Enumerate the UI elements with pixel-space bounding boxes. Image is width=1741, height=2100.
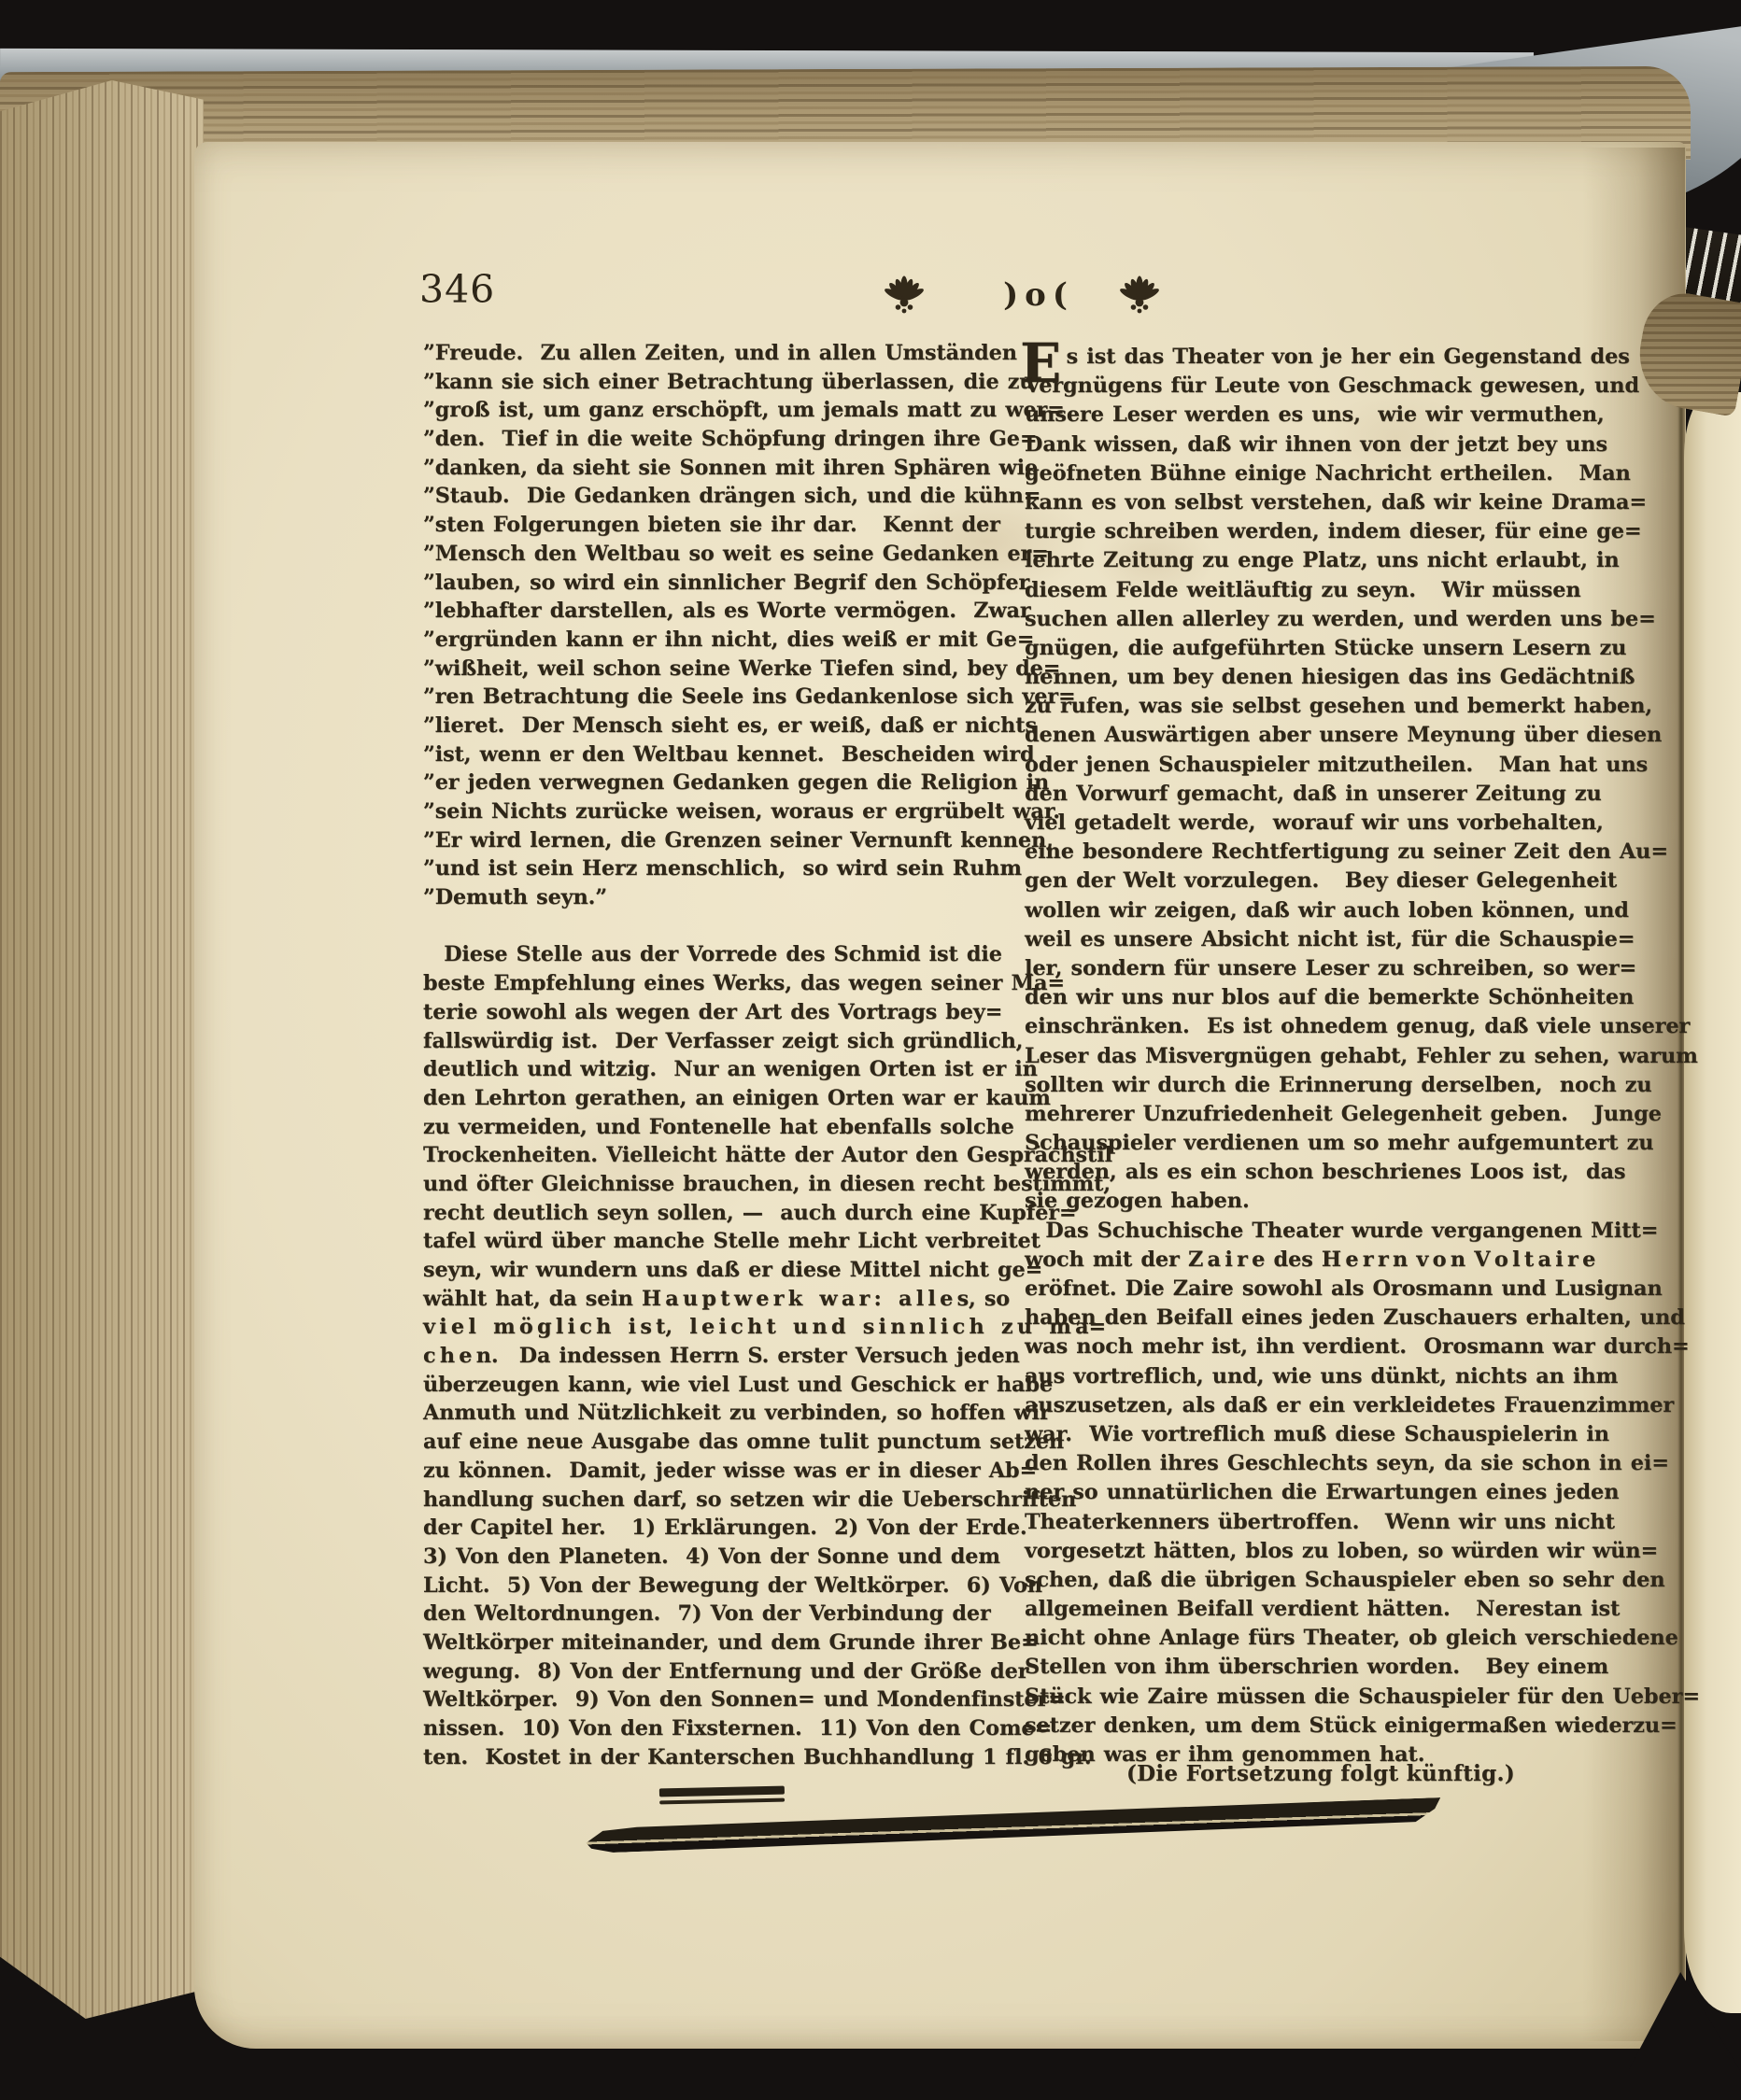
text-line: den Weltordnungen. 7) Von der Verbindung… [423, 1600, 1000, 1628]
text-line: wählt hat, da sein H a u p t w e r k w a… [423, 1285, 1000, 1314]
text-line: mehrerer Unzufriedenheit Gelegenheit geb… [1025, 1100, 1615, 1129]
text-line: allgemeinen Beifall verdient hätten. Ner… [1025, 1595, 1615, 1624]
text-line: sie gezogen haben. [1025, 1187, 1615, 1216]
text-line: Trockenheiten. Vielleicht hätte der Auto… [423, 1141, 1000, 1170]
text-line: Stellen von ihm überschrien worden. Bey … [1025, 1653, 1615, 1682]
text-line: Theaterkenners übertroffen. Wenn wir uns… [1025, 1508, 1615, 1537]
text-line: ner so unnatürlichen die Erwartungen ein… [1025, 1478, 1615, 1507]
text-line: ten. Kostet in der Kanterschen Buchhandl… [423, 1743, 1000, 1772]
text-line: ”ergründen kann er ihn nicht, dies weiß … [423, 626, 1000, 655]
text-line: unsere Leser werden es uns, wie wir verm… [1025, 401, 1615, 430]
text-line: tafel würd über manche Stelle mehr Licht… [423, 1227, 1000, 1256]
floral-ornament-icon [882, 275, 927, 319]
text-line: turgie schreiben werden, indem dieser, f… [1025, 517, 1615, 546]
text-line: Licht. 5) Von der Bewegung der Weltkörpe… [423, 1571, 1000, 1600]
text-line: Das Schuchische Theater wurde vergangene… [1025, 1217, 1615, 1246]
text-line [423, 912, 1000, 941]
text-line: gnügen, die aufgeführten Stücke unsern L… [1025, 634, 1615, 663]
text-line: recht deutlich seyn sollen, — auch durch… [423, 1199, 1000, 1228]
text-line: eine besondere Rechtfertigung zu seiner … [1025, 838, 1615, 867]
text-line: werden, als es ein schon beschrienes Loo… [1025, 1158, 1615, 1187]
text-line: kann es von selbst verstehen, daß wir ke… [1025, 488, 1615, 517]
header-center-mark: )o( [983, 278, 1095, 313]
text-line: setzer denken, um dem Stück einigermaßen… [1025, 1712, 1615, 1741]
text-line: den Vorwurf gemacht, daß in unserer Zeit… [1025, 780, 1615, 809]
text-line: weil es unsere Absicht nicht ist, für di… [1025, 925, 1615, 954]
text-line: Diese Stelle aus der Vorrede des Schmid … [423, 940, 1000, 969]
text-line: Vergnügens für Leute von Geschmack gewes… [1025, 372, 1615, 401]
text-line: oder jenen Schauspieler mitzutheilen. Ma… [1025, 751, 1615, 780]
text-line: den Rollen ihres Geschlechts seyn, da si… [1025, 1449, 1615, 1478]
text-line: haben den Beifall eines jeden Zuschauers… [1025, 1304, 1615, 1332]
text-line: was noch mehr ist, ihn verdient. Orosman… [1025, 1332, 1615, 1361]
text-line: ”Staub. Die Gedanken drängen sich, und d… [423, 482, 1000, 511]
text-line: Anmuth und Nützlichkeit zu verbinden, so… [423, 1399, 1000, 1428]
text-line: v i e l m ö g l i c h i s t, l e i c h t… [423, 1313, 1000, 1342]
right-text-column: s ist das Theater von je her ein Gegenst… [1025, 343, 1615, 1769]
text-line: handlung suchen darf, so setzen wir die … [423, 1486, 1000, 1515]
text-line: nennen, um bey denen hiesigen das ins Ge… [1025, 663, 1615, 692]
text-line: nissen. 10) Von den Fixsternen. 11) Von … [423, 1714, 1000, 1743]
text-line: sollten wir durch die Erinnerung derselb… [1025, 1071, 1615, 1100]
text-line: diesem Felde weitläuftig zu seyn. Wir mü… [1025, 576, 1615, 605]
text-line: wollen wir zeigen, daß wir auch loben kö… [1025, 896, 1615, 925]
text-line: ”lebhafter darstellen, als es Worte verm… [423, 597, 1000, 626]
text-line: deutlich und witzig. Nur an wenigen Orte… [423, 1055, 1000, 1084]
text-line: ”ist, wenn er den Weltbau kennet. Besche… [423, 740, 1000, 769]
text-line: auszusetzen, als daß er ein verkleidetes… [1025, 1391, 1615, 1420]
facing-page-sliver [1684, 392, 1741, 2013]
text-line: Leser das Misvergnügen gehabt, Fehler zu… [1025, 1042, 1615, 1071]
page-edges-left-stack [0, 80, 204, 2019]
text-line: viel getadelt werde, worauf wir uns vorb… [1025, 809, 1615, 838]
text-line: Stück wie Zaire müssen die Schauspieler … [1025, 1683, 1615, 1712]
floral-ornament-icon [1117, 275, 1162, 319]
left-text-column: ”Freude. Zu allen Zeiten, und in allen U… [423, 339, 1000, 1771]
text-line: der Capitel her. 1) Erklärungen. 2) Von … [423, 1514, 1000, 1543]
text-line: c h e n. Da indessen Herrn S. erster Ver… [423, 1342, 1000, 1371]
text-line: denen Auswärtigen aber unsere Meynung üb… [1025, 721, 1615, 750]
text-line: ”Mensch den Weltbau so weit es seine Ged… [423, 540, 1000, 569]
text-line: auf eine neue Ausgabe das omne tulit pun… [423, 1428, 1000, 1457]
text-line: ”lauben, so wird ein sinnlicher Begrif d… [423, 569, 1000, 598]
text-line: nicht ohne Anlage fürs Theater, ob gleic… [1025, 1624, 1615, 1653]
text-line: und öfter Gleichnisse brauchen, in diese… [423, 1170, 1000, 1199]
text-line: ”wißheit, weil schon seine Werke Tiefen … [423, 655, 1000, 684]
text-line: Weltkörper miteinander, und dem Grunde i… [423, 1628, 1000, 1657]
text-line: ”Demuth seyn.” [423, 883, 1000, 912]
text-line: zu vermeiden, und Fontenelle hat ebenfal… [423, 1113, 1000, 1142]
text-line: ”danken, da sieht sie Sonnen mit ihren S… [423, 454, 1000, 483]
text-line: woch mit der Z a i r e des H e r r n v o… [1025, 1246, 1615, 1275]
text-line: seyn, wir wundern uns daß er diese Mitte… [423, 1256, 1000, 1285]
text-line: ”lieret. Der Mensch sieht es, er weiß, d… [423, 712, 1000, 740]
text-line: fallswürdig ist. Der Verfasser zeigt sic… [423, 1027, 1000, 1056]
text-line: aus vortreflich, und, wie uns dünkt, nic… [1025, 1362, 1615, 1391]
text-line: beste Empfehlung eines Werks, das wegen … [423, 969, 1000, 998]
text-line: Dank wissen, daß wir ihnen von der jetzt… [1025, 430, 1615, 459]
text-line: suchen allen allerley zu werden, und wer… [1025, 605, 1615, 634]
text-line: 3) Von den Planeten. 4) Von der Sonne un… [423, 1543, 1000, 1571]
text-line: ”sein Nichts zurücke weisen, woraus er e… [423, 797, 1000, 826]
text-line: ”den. Tief in die weite Schöpfung dringe… [423, 425, 1000, 454]
text-line: terie sowohl als wegen der Art des Vortr… [423, 998, 1000, 1027]
text-line: Schauspieler verdienen um so mehr aufgem… [1025, 1129, 1615, 1158]
text-line: ”Freude. Zu allen Zeiten, und in allen U… [423, 339, 1000, 368]
text-line: ”er jeden verwegnen Gedanken gegen die R… [423, 768, 1000, 797]
end-rule-small [659, 1786, 785, 1805]
text-line: geöfneten Bühne einige Nachricht ertheil… [1025, 459, 1615, 488]
text-line: einschränken. Es ist ohnedem genug, daß … [1025, 1012, 1615, 1041]
text-line: schen, daß die übrigen Schauspieler eben… [1025, 1566, 1615, 1595]
text-line: ”ren Betrachtung die Seele ins Gedankenl… [423, 683, 1000, 712]
text-line: überzeugen kann, wie viel Lust und Gesch… [423, 1371, 1000, 1400]
text-line: ”groß ist, um ganz erschöpft, um jemals … [423, 396, 1000, 425]
text-line: ler, sondern für unsere Leser zu schreib… [1025, 954, 1615, 983]
text-line: ”sten Folgerungen bieten sie ihr dar. Ke… [423, 511, 1000, 540]
gutter-crease [1679, 396, 1683, 2008]
text-line: den wir uns nur blos auf die bemerkte Sc… [1025, 983, 1615, 1012]
text-line: s ist das Theater von je her ein Gegenst… [1025, 343, 1615, 372]
text-line: war. Wie vortreflich muß diese Schauspie… [1025, 1420, 1615, 1449]
continuation-note: (Die Fortsetzung folgt künftig.) [1027, 1761, 1614, 1786]
book-scan-photo: 346 )o( [0, 0, 1741, 2100]
text-line: ”und ist sein Herz menschlich, so wird s… [423, 854, 1000, 883]
text-line: wegung. 8) Von der Entfernung und der Gr… [423, 1657, 1000, 1686]
text-line: lehrte Zeitung zu enge Platz, uns nicht … [1025, 546, 1615, 575]
text-line: zu rufen, was sie selbst gesehen und bem… [1025, 692, 1615, 721]
text-line: vorgesetzt hätten, blos zu loben, so wür… [1025, 1537, 1615, 1566]
page-number: 346 [419, 271, 495, 309]
text-line: Weltkörper. 9) Von den Sonnen= und Monde… [423, 1685, 1000, 1714]
text-line: gen der Welt vorzulegen. Bey dieser Gele… [1025, 867, 1615, 895]
text-line: ”Er wird lernen, die Grenzen seiner Vern… [423, 826, 1000, 855]
text-line: den Lehrton gerathen, an einigen Orten w… [423, 1084, 1000, 1113]
text-line: eröfnet. Die Zaire sowohl als Orosmann u… [1025, 1275, 1615, 1304]
text-line: zu können. Damit, jeder wisse was er in … [423, 1457, 1000, 1486]
text-line: ”kann sie sich einer Betrachtung überlas… [423, 368, 1000, 397]
